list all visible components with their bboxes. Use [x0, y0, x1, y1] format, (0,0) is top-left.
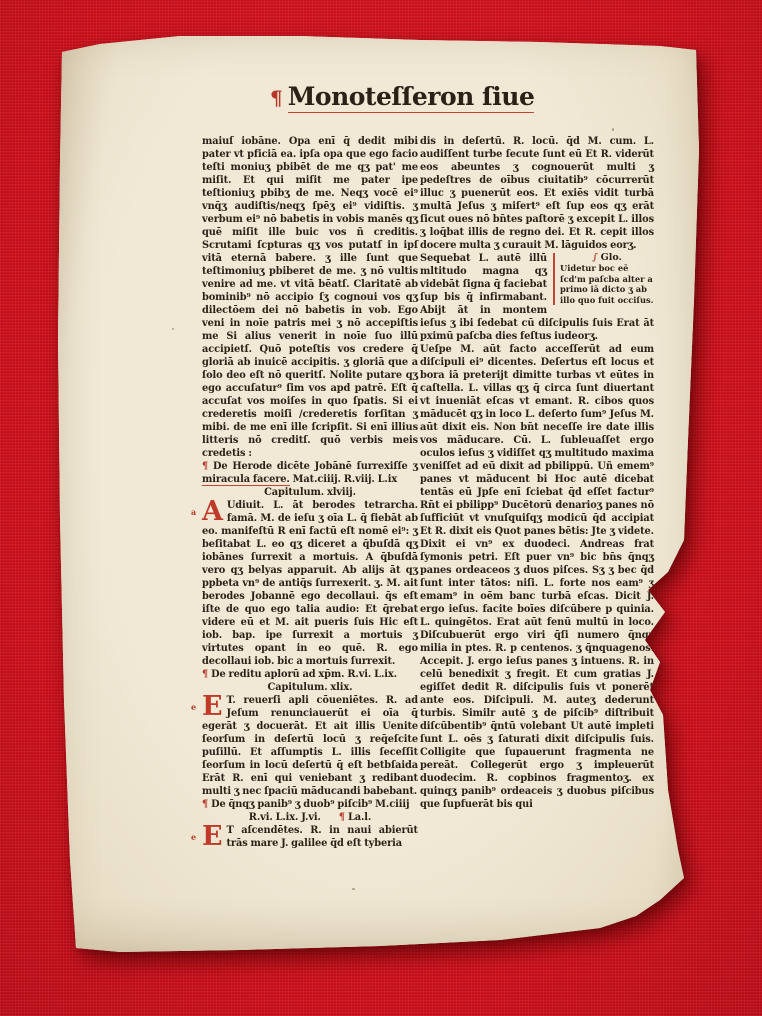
- rubricated-initial: E: [202, 695, 222, 719]
- page-title: Monoteſſeron ſiue: [288, 82, 535, 113]
- chapter-heading: La.l.: [348, 812, 371, 823]
- guide-letter: a: [191, 506, 196, 519]
- paper-stain: [612, 128, 614, 131]
- rubric-line: ¶ De Herode dicēte Jobānē ſurrexiſſe ʒ m…: [202, 460, 418, 486]
- running-title: ¶Monoteſſeron ſiue: [270, 82, 590, 111]
- text-paragraph: Ueſpe M. aūt facto acceſſerūt ad eum diſ…: [420, 343, 654, 811]
- rubricated-initial: A: [202, 500, 223, 524]
- text-paragraph: aAUdiuit. L. āt berodes tetrarcha. famā.…: [202, 499, 418, 668]
- rubric-pilcrow-icon: ¶: [270, 86, 283, 110]
- rubric-pilcrow-icon: ¶: [339, 812, 345, 823]
- text-paragraph: eET. reuerſi apli cōueniētes. R. ad Jeſu…: [202, 694, 418, 798]
- rubric-refs: R.vi. L.ix. J.vi.: [249, 811, 321, 824]
- paragraph-text: T aſcendētes. R. in naui abierūt trās ma…: [226, 825, 418, 849]
- text-paragraph-narrow: Sequebat L. autē illū mltitudo magna qʒ …: [420, 252, 654, 343]
- rubricated-initial: E: [202, 825, 222, 849]
- chapter-heading: Capitulum. xlviij.: [202, 486, 418, 499]
- paragraph-text: T. reuerſi apli cōueniētes. R. ad Jeſum …: [202, 695, 418, 797]
- paper-stain: [172, 328, 174, 330]
- text-paragraph: dis in deſertū. R. locū. q̄d M. cum. L. …: [420, 135, 654, 252]
- chapter-heading: Capitulum. xlix.: [202, 681, 418, 694]
- rubric-text: De Herode dicēte Jobānē ſurrexiſſe ʒ: [213, 461, 418, 472]
- rubric-pilcrow-icon: ¶: [202, 799, 208, 810]
- incunable-leaf: ¶Monoteſſeron ſiue maiuſ iobāne. Opa enī…: [52, 28, 704, 962]
- paper-drop-shadow: ¶Monoteſſeron ſiue maiuſ iobāne. Opa enī…: [52, 28, 704, 962]
- red-cloth-background: ¶Monoteſſeron ſiue maiuſ iobāne. Opa enī…: [0, 0, 762, 1016]
- rubric-refs: Mat.ciiij. R.viij. L.ix: [290, 474, 397, 485]
- text-paragraph: eET aſcendētes. R. in naui abierūt trās …: [202, 824, 418, 850]
- rubric-text-underlined: miracula facere.: [202, 474, 290, 486]
- paragraph-text: Udiuit. L. āt berodes tetrarcha. famā. M…: [202, 500, 418, 667]
- paper-stain: [352, 888, 355, 890]
- rubric-pilcrow-icon: ¶: [202, 461, 208, 472]
- rubric-text: De q̄nqʒ panib⁹ ʒ duob⁹ piſcib⁹ M.ciiij: [211, 799, 409, 810]
- chapter-heading-row: R.vi. L.ix. J.vi.¶ La.l.: [202, 811, 418, 824]
- guide-letter: e: [191, 701, 196, 714]
- rubric-line: ¶ De q̄nqʒ panib⁹ ʒ duob⁹ piſcib⁹ M.ciii…: [202, 798, 418, 811]
- guide-letter: e: [191, 831, 196, 844]
- text-column-left: maiuſ iobāne. Opa enī q̄ dedit mibi pate…: [202, 135, 418, 850]
- text-column-right: dis in deſertū. R. locū. q̄d M. cum. L. …: [420, 135, 654, 811]
- rubric-pilcrow-icon: ¶: [202, 669, 208, 680]
- text-paragraph: maiuſ iobāne. Opa enī q̄ dedit mibi pate…: [202, 135, 418, 460]
- rubric-text: De reditu aplorū ad xp̄m. R.vi. L.ix.: [211, 669, 397, 680]
- rubric-line: ¶ De reditu aplorū ad xp̄m. R.vi. L.ix.: [202, 668, 418, 681]
